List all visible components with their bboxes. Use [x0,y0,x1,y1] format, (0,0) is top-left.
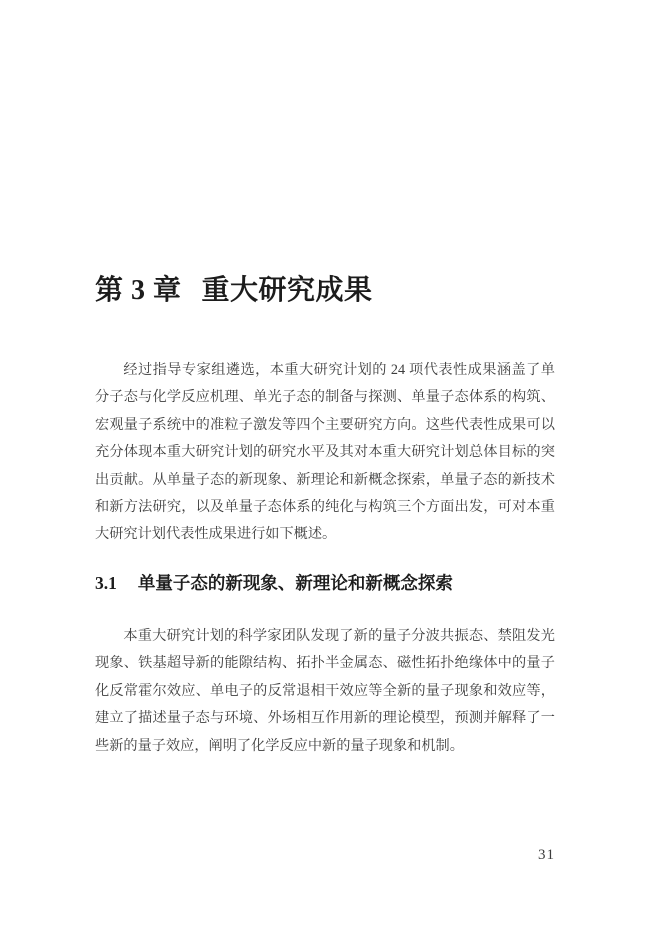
text-line: 宏观量子系统中的准粒子激发等四个主要研究方向。这些代表性成果可以 [95,412,555,439]
text-line: 充分体现本重大研究计划的研究水平及其对本重大研究计划总体目标的突 [95,439,555,466]
text-line: 分子态与化学反应机理、单光子态的制备与探测、单量子态体系的构筑、 [95,384,555,411]
section-number: 3.1 [95,573,117,593]
paragraph-1: 经过指导专家组遴选，本重大研究计划的 24 项代表性成果涵盖了单分子态与化学反应… [95,357,555,549]
chapter-number: 第 3 章 [95,275,182,306]
paragraph-2: 本重大研究计划的科学家团队发现了新的量子分波共振态、禁阻发光现象、铁基超导新的能… [95,623,555,760]
text-line: 建立了描述量子态与环境、外场相互作用新的理论模型，预测并解释了一 [95,705,555,732]
section-title: 单量子态的新现象、新理论和新概念探索 [138,573,453,593]
text-line: 出贡献。从单量子态的新现象、新理论和新概念探索，单量子态的新技术 [95,467,555,494]
text-line: 大研究计划代表性成果进行如下概述。 [95,521,555,548]
chapter-heading: 第 3 章重大研究成果 [95,274,373,308]
text-line: 些新的量子效应，阐明了化学反应中新的量子现象和机制。 [95,733,555,760]
text-line: 和新方法研究，以及单量子态体系的纯化与构筑三个方面出发，可对本重 [95,494,555,521]
section-heading: 3.1单量子态的新现象、新理论和新概念探索 [95,572,453,595]
chapter-title: 重大研究成果 [202,275,373,306]
text-line: 本重大研究计划的科学家团队发现了新的量子分波共振态、禁阻发光 [95,623,555,650]
text-line: 经过指导专家组遴选，本重大研究计划的 24 项代表性成果涵盖了单 [95,357,555,384]
text-line: 化反常霍尔效应、单电子的反常退相干效应等全新的量子现象和效应等， [95,678,555,705]
page-number: 31 [538,847,555,864]
document-page: 第 3 章重大研究成果 经过指导专家组遴选，本重大研究计划的 24 项代表性成果… [0,0,666,930]
text-line: 现象、铁基超导新的能隙结构、拓扑半金属态、磁性拓扑绝缘体中的量子 [95,650,555,677]
